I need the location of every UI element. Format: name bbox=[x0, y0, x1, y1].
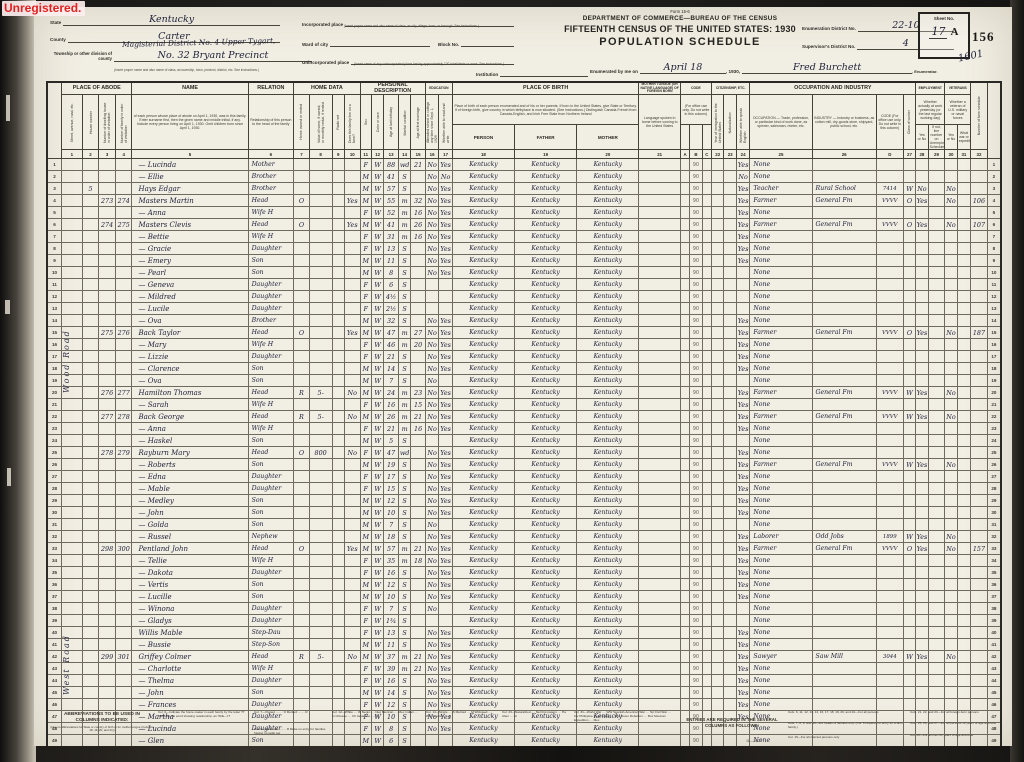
table-cell: Yes bbox=[439, 579, 452, 591]
table-cell bbox=[971, 267, 988, 279]
table-cell bbox=[309, 627, 332, 639]
row-number: 14 bbox=[987, 315, 1001, 327]
table-cell: Yes bbox=[736, 471, 749, 483]
table-cell: 5 bbox=[384, 435, 399, 447]
table-cell bbox=[712, 555, 724, 567]
table-cell bbox=[702, 543, 711, 555]
table-cell bbox=[309, 495, 332, 507]
row-number: 7 bbox=[47, 231, 62, 243]
ward-value bbox=[330, 37, 430, 47]
table-cell bbox=[639, 351, 680, 363]
table-cell: Yes bbox=[736, 387, 749, 399]
table-cell bbox=[712, 519, 724, 531]
table-cell: m bbox=[398, 423, 410, 435]
table-cell bbox=[62, 219, 83, 231]
row-number: 15 bbox=[47, 327, 62, 339]
table-cell bbox=[928, 543, 945, 555]
table-cell: Kentucky bbox=[452, 207, 514, 219]
table-row: 8— GracieDaughterFW13SNoYesKentuckyKentu… bbox=[47, 243, 1001, 255]
table-cell bbox=[876, 663, 903, 675]
table-cell bbox=[876, 231, 903, 243]
table-cell: Kentucky bbox=[452, 603, 514, 615]
table-row: 17— LizzieDaughterFW21SNoYesKentuckyKent… bbox=[47, 351, 1001, 363]
table-cell bbox=[99, 591, 116, 603]
table-cell bbox=[639, 567, 680, 579]
table-cell: No bbox=[344, 447, 360, 459]
table-cell: Kentucky bbox=[452, 663, 514, 675]
table-cell bbox=[680, 399, 689, 411]
table-cell bbox=[812, 243, 876, 255]
table-cell bbox=[82, 159, 99, 171]
table-cell bbox=[945, 423, 957, 435]
census-table: PLACE OF ABODENAMERELATIONHOME DATAPERSO… bbox=[46, 81, 1002, 746]
table-cell bbox=[344, 531, 360, 543]
table-cell bbox=[724, 411, 736, 423]
table-cell bbox=[115, 255, 132, 267]
table-cell bbox=[332, 315, 344, 327]
table-cell: Kentucky bbox=[515, 639, 577, 651]
table-cell: Daughter bbox=[248, 279, 294, 291]
table-cell: Kentucky bbox=[577, 363, 639, 375]
table-cell bbox=[439, 435, 452, 447]
table-cell: Daughter bbox=[248, 291, 294, 303]
table-cell bbox=[957, 495, 970, 507]
table-cell: — Geneva bbox=[132, 279, 248, 291]
table-cell bbox=[702, 459, 711, 471]
table-cell bbox=[411, 519, 426, 531]
table-cell: Kentucky bbox=[577, 339, 639, 351]
table-cell bbox=[702, 507, 711, 519]
table-cell: Kentucky bbox=[452, 387, 514, 399]
table-cell bbox=[332, 423, 344, 435]
table-cell: Yes bbox=[736, 363, 749, 375]
table-cell bbox=[957, 639, 970, 651]
table-cell: Sawyer bbox=[750, 651, 812, 663]
table-cell: Yes bbox=[736, 219, 749, 231]
table-cell bbox=[62, 183, 83, 195]
table-cell bbox=[62, 423, 83, 435]
table-cell bbox=[916, 615, 928, 627]
table-cell: Kentucky bbox=[515, 675, 577, 687]
table-cell bbox=[99, 435, 116, 447]
table-cell bbox=[639, 663, 680, 675]
table-cell bbox=[702, 639, 711, 651]
row-number: 16 bbox=[47, 339, 62, 351]
table-cell bbox=[82, 627, 99, 639]
table-cell: None bbox=[750, 495, 812, 507]
table-cell bbox=[344, 459, 360, 471]
table-cell: Yes bbox=[736, 243, 749, 255]
table-cell: F bbox=[360, 243, 371, 255]
table-cell: No bbox=[945, 531, 957, 543]
table-cell: M bbox=[360, 195, 371, 207]
table-cell: — Anna bbox=[132, 207, 248, 219]
table-cell bbox=[99, 279, 116, 291]
table-cell: Kentucky bbox=[577, 279, 639, 291]
table-cell: Kentucky bbox=[577, 387, 639, 399]
table-cell bbox=[712, 423, 724, 435]
table-cell bbox=[639, 387, 680, 399]
table-cell: Wife H bbox=[248, 663, 294, 675]
table-cell: Kentucky bbox=[452, 411, 514, 423]
table-cell bbox=[712, 231, 724, 243]
table-cell: Kentucky bbox=[515, 219, 577, 231]
table-cell: General Fm bbox=[812, 387, 876, 399]
block-field: Block No. bbox=[438, 37, 514, 47]
table-cell bbox=[294, 159, 310, 171]
table-cell: 90 bbox=[690, 291, 702, 303]
table-cell: Yes bbox=[439, 267, 452, 279]
header-cell: Color or race bbox=[371, 95, 383, 150]
table-cell: Daughter bbox=[248, 603, 294, 615]
table-cell bbox=[294, 519, 310, 531]
table-row: 22277278Back GeorgeHeadR5-NoMW26m21NoYes… bbox=[47, 411, 1001, 423]
table-cell bbox=[945, 231, 957, 243]
table-cell: Kentucky bbox=[452, 267, 514, 279]
table-cell bbox=[294, 399, 310, 411]
table-cell: None bbox=[750, 567, 812, 579]
table-cell: Kentucky bbox=[515, 531, 577, 543]
table-cell: None bbox=[750, 483, 812, 495]
table-cell: Son bbox=[248, 591, 294, 603]
row-number: 13 bbox=[47, 303, 62, 315]
table-cell bbox=[712, 543, 724, 555]
table-cell bbox=[82, 291, 99, 303]
table-cell bbox=[957, 411, 970, 423]
header-cell: Whether able to speak English bbox=[736, 95, 749, 150]
printer-mark: 11—1607 bbox=[746, 739, 761, 743]
table-cell bbox=[115, 183, 132, 195]
table-cell bbox=[712, 615, 724, 627]
table-cell: 301 bbox=[115, 651, 132, 663]
table-cell bbox=[680, 507, 689, 519]
table-cell bbox=[332, 171, 344, 183]
row-number: 2 bbox=[987, 171, 1001, 183]
institution-field: Institution bbox=[476, 67, 588, 77]
table-cell: No bbox=[425, 603, 438, 615]
table-cell bbox=[411, 171, 426, 183]
table-cell: No bbox=[425, 531, 438, 543]
table-cell: 16 bbox=[384, 399, 399, 411]
table-cell: No bbox=[425, 579, 438, 591]
table-cell bbox=[99, 579, 116, 591]
table-cell: 90 bbox=[690, 639, 702, 651]
table-cell: Yes bbox=[916, 531, 928, 543]
table-cell bbox=[309, 591, 332, 603]
township-field: Township or other division of county No.… bbox=[50, 51, 312, 62]
table-row: 31— GoldaSonMW7SNoKentuckyKentuckyKentuc… bbox=[47, 519, 1001, 531]
table-cell: No bbox=[945, 219, 957, 231]
table-cell bbox=[82, 471, 99, 483]
table-cell: 7 bbox=[384, 519, 399, 531]
unincorporated-label: Unincorporated place bbox=[302, 60, 349, 65]
table-cell bbox=[294, 567, 310, 579]
table-cell: Kentucky bbox=[452, 435, 514, 447]
table-cell: — John bbox=[132, 507, 248, 519]
table-cell: M bbox=[360, 519, 371, 531]
table-cell bbox=[724, 363, 736, 375]
table-cell bbox=[712, 507, 724, 519]
table-cell: S bbox=[398, 255, 410, 267]
table-cell: Yes bbox=[736, 555, 749, 567]
entries-block-5: Cols. 25, 26, and 27—For all persons 10 … bbox=[910, 722, 1004, 726]
table-cell: M bbox=[360, 327, 371, 339]
table-cell: 90 bbox=[690, 231, 702, 243]
table-cell bbox=[903, 495, 915, 507]
table-cell: — John bbox=[132, 687, 248, 699]
table-cell bbox=[680, 531, 689, 543]
table-cell bbox=[876, 315, 903, 327]
table-cell bbox=[62, 411, 83, 423]
table-cell bbox=[712, 675, 724, 687]
table-cell: No bbox=[425, 351, 438, 363]
table-cell bbox=[812, 687, 876, 699]
header-cell: 16 bbox=[425, 150, 438, 159]
header-cell: Class of worker bbox=[903, 95, 915, 150]
table-cell bbox=[903, 507, 915, 519]
table-cell bbox=[916, 399, 928, 411]
table-cell: Kentucky bbox=[577, 435, 639, 447]
table-cell bbox=[309, 255, 332, 267]
table-cell bbox=[309, 471, 332, 483]
table-cell bbox=[957, 603, 970, 615]
table-cell: 6 bbox=[384, 279, 399, 291]
table-cell: Odd Jobs bbox=[812, 531, 876, 543]
table-cell: None bbox=[750, 315, 812, 327]
table-cell bbox=[680, 459, 689, 471]
table-cell bbox=[957, 531, 970, 543]
table-cell: Kentucky bbox=[515, 159, 577, 171]
row-number: 17 bbox=[47, 351, 62, 363]
department-title: DEPARTMENT OF COMMERCE—BUREAU OF THE CEN… bbox=[530, 15, 830, 22]
table-cell: Yes bbox=[736, 495, 749, 507]
table-cell bbox=[971, 639, 988, 651]
row-number: 40 bbox=[987, 627, 1001, 639]
table-cell bbox=[812, 363, 876, 375]
table-cell bbox=[903, 159, 915, 171]
table-cell bbox=[82, 507, 99, 519]
table-cell bbox=[724, 171, 736, 183]
table-cell bbox=[82, 207, 99, 219]
table-row: 35— DakotaDaughterFW16SNoYesKentuckyKent… bbox=[47, 567, 1001, 579]
margin-note-road-2: West Road bbox=[62, 595, 71, 695]
table-cell: W bbox=[371, 411, 383, 423]
table-cell bbox=[812, 627, 876, 639]
table-cell: 90 bbox=[690, 423, 702, 435]
table-cell: m bbox=[398, 663, 410, 675]
table-cell: M bbox=[360, 495, 371, 507]
abbrev-col7: Col. 7—Owned ........ O Rented ........ … bbox=[254, 711, 326, 715]
table-cell bbox=[916, 351, 928, 363]
row-number: 43 bbox=[47, 663, 62, 675]
table-cell bbox=[639, 279, 680, 291]
table-cell: Yes bbox=[916, 411, 928, 423]
table-cell: None bbox=[750, 675, 812, 687]
table-cell bbox=[344, 207, 360, 219]
table-cell: — Anna bbox=[132, 423, 248, 435]
table-cell bbox=[928, 303, 945, 315]
table-cell: W bbox=[371, 627, 383, 639]
table-cell: Kentucky bbox=[452, 471, 514, 483]
table-cell bbox=[945, 483, 957, 495]
table-cell: Kentucky bbox=[577, 567, 639, 579]
table-cell bbox=[957, 447, 970, 459]
table-cell: Kentucky bbox=[577, 555, 639, 567]
table-cell: Kentucky bbox=[452, 231, 514, 243]
table-cell: Kentucky bbox=[577, 591, 639, 603]
table-cell: M bbox=[360, 435, 371, 447]
table-cell bbox=[916, 171, 928, 183]
table-cell bbox=[332, 603, 344, 615]
table-cell bbox=[639, 267, 680, 279]
table-cell: O bbox=[294, 543, 310, 555]
table-cell: Kentucky bbox=[515, 519, 577, 531]
header-cell: HOME DATA bbox=[294, 82, 360, 95]
table-cell: m bbox=[398, 195, 410, 207]
table-cell bbox=[945, 579, 957, 591]
table-cell bbox=[928, 219, 945, 231]
table-cell bbox=[702, 363, 711, 375]
state-label: State bbox=[50, 20, 61, 25]
table-cell bbox=[411, 471, 426, 483]
table-cell: F bbox=[360, 615, 371, 627]
row-number: 11 bbox=[47, 279, 62, 291]
table-cell: 21 bbox=[411, 411, 426, 423]
table-cell bbox=[680, 471, 689, 483]
table-cell bbox=[344, 351, 360, 363]
table-cell: Rayburn Mary bbox=[132, 447, 248, 459]
table-cell: Kentucky bbox=[577, 159, 639, 171]
table-cell: 10 bbox=[384, 591, 399, 603]
table-cell: 1899 bbox=[876, 531, 903, 543]
table-cell bbox=[812, 159, 876, 171]
table-cell bbox=[971, 171, 988, 183]
table-cell: 299 bbox=[99, 651, 116, 663]
table-cell: 7414 bbox=[876, 183, 903, 195]
table-cell bbox=[971, 183, 988, 195]
table-cell: Daughter bbox=[248, 675, 294, 687]
table-cell: F bbox=[360, 423, 371, 435]
table-cell bbox=[903, 231, 915, 243]
table-cell: Yes bbox=[736, 507, 749, 519]
table-cell bbox=[916, 663, 928, 675]
table-cell bbox=[702, 531, 711, 543]
table-cell bbox=[876, 447, 903, 459]
table-cell: S bbox=[398, 687, 410, 699]
row-number: 26 bbox=[47, 459, 62, 471]
table-cell: 88 bbox=[384, 159, 399, 171]
table-cell bbox=[639, 423, 680, 435]
table-cell bbox=[82, 447, 99, 459]
table-cell bbox=[876, 483, 903, 495]
table-row: 2— EllieBrotherMW41SNoNoKentuckyKentucky… bbox=[47, 171, 1001, 183]
table-cell bbox=[702, 663, 711, 675]
header-cell: Radio set bbox=[332, 95, 344, 150]
table-cell bbox=[928, 183, 945, 195]
table-cell bbox=[82, 543, 99, 555]
table-cell bbox=[712, 183, 724, 195]
table-row: 43— CharlotteWife HFW39m21NoYesKentuckyK… bbox=[47, 663, 1001, 675]
table-cell bbox=[903, 639, 915, 651]
table-cell bbox=[928, 159, 945, 171]
header-cell: 14 bbox=[398, 150, 410, 159]
header-cell: Marital condition bbox=[398, 95, 410, 150]
table-cell: Kentucky bbox=[577, 663, 639, 675]
table-cell bbox=[724, 639, 736, 651]
table-cell: No bbox=[425, 375, 438, 387]
row-number: 25 bbox=[987, 447, 1001, 459]
table-cell: Kentucky bbox=[577, 519, 639, 531]
abbrev-col23: Col. 23—Naturalized .... Na First papers… bbox=[502, 711, 568, 719]
table-cell bbox=[928, 651, 945, 663]
table-cell: 46 bbox=[384, 339, 399, 351]
table-cell: Kentucky bbox=[515, 207, 577, 219]
table-cell bbox=[680, 615, 689, 627]
table-cell bbox=[680, 675, 689, 687]
table-cell bbox=[903, 663, 915, 675]
table-cell: 26 bbox=[384, 411, 399, 423]
table-cell bbox=[903, 579, 915, 591]
table-cell: VVVV bbox=[876, 459, 903, 471]
table-cell bbox=[294, 663, 310, 675]
table-cell bbox=[309, 207, 332, 219]
table-row: 28— MableDaughterFW15SNoYesKentuckyKentu… bbox=[47, 483, 1001, 495]
table-cell bbox=[82, 567, 99, 579]
table-cell bbox=[411, 279, 426, 291]
table-cell bbox=[724, 327, 736, 339]
table-cell bbox=[411, 675, 426, 687]
table-cell bbox=[639, 615, 680, 627]
table-cell: Kentucky bbox=[577, 267, 639, 279]
table-cell: S bbox=[398, 603, 410, 615]
header-cell: 26 bbox=[812, 150, 876, 159]
table-cell bbox=[971, 159, 988, 171]
table-cell bbox=[876, 423, 903, 435]
table-cell bbox=[309, 171, 332, 183]
table-cell bbox=[680, 663, 689, 675]
table-cell bbox=[928, 591, 945, 603]
table-cell bbox=[99, 351, 116, 363]
table-cell: General Fm bbox=[812, 459, 876, 471]
header-cell bbox=[47, 82, 62, 159]
header-cell: 18 bbox=[452, 150, 514, 159]
table-cell bbox=[62, 447, 83, 459]
table-cell bbox=[971, 471, 988, 483]
table-cell: Farmer bbox=[750, 411, 812, 423]
table-cell: None bbox=[750, 159, 812, 171]
table-cell: Kentucky bbox=[577, 291, 639, 303]
table-cell bbox=[724, 591, 736, 603]
table-cell bbox=[82, 579, 99, 591]
table-cell bbox=[903, 303, 915, 315]
table-cell: Head bbox=[248, 411, 294, 423]
table-cell: Yes bbox=[916, 195, 928, 207]
table-cell bbox=[971, 687, 988, 699]
table-cell bbox=[945, 399, 957, 411]
table-cell bbox=[332, 255, 344, 267]
table-cell: M bbox=[360, 375, 371, 387]
header-cell: Whether actually at work yesterday (or t… bbox=[916, 95, 945, 125]
header-cell: PLACE OF BIRTH bbox=[452, 82, 639, 95]
table-cell bbox=[62, 579, 83, 591]
table-cell bbox=[876, 363, 903, 375]
table-cell: Kentucky bbox=[515, 651, 577, 663]
table-cell bbox=[82, 255, 99, 267]
table-cell bbox=[115, 591, 132, 603]
table-cell: S bbox=[398, 183, 410, 195]
table-cell: R bbox=[294, 651, 310, 663]
table-cell: Kentucky bbox=[577, 207, 639, 219]
